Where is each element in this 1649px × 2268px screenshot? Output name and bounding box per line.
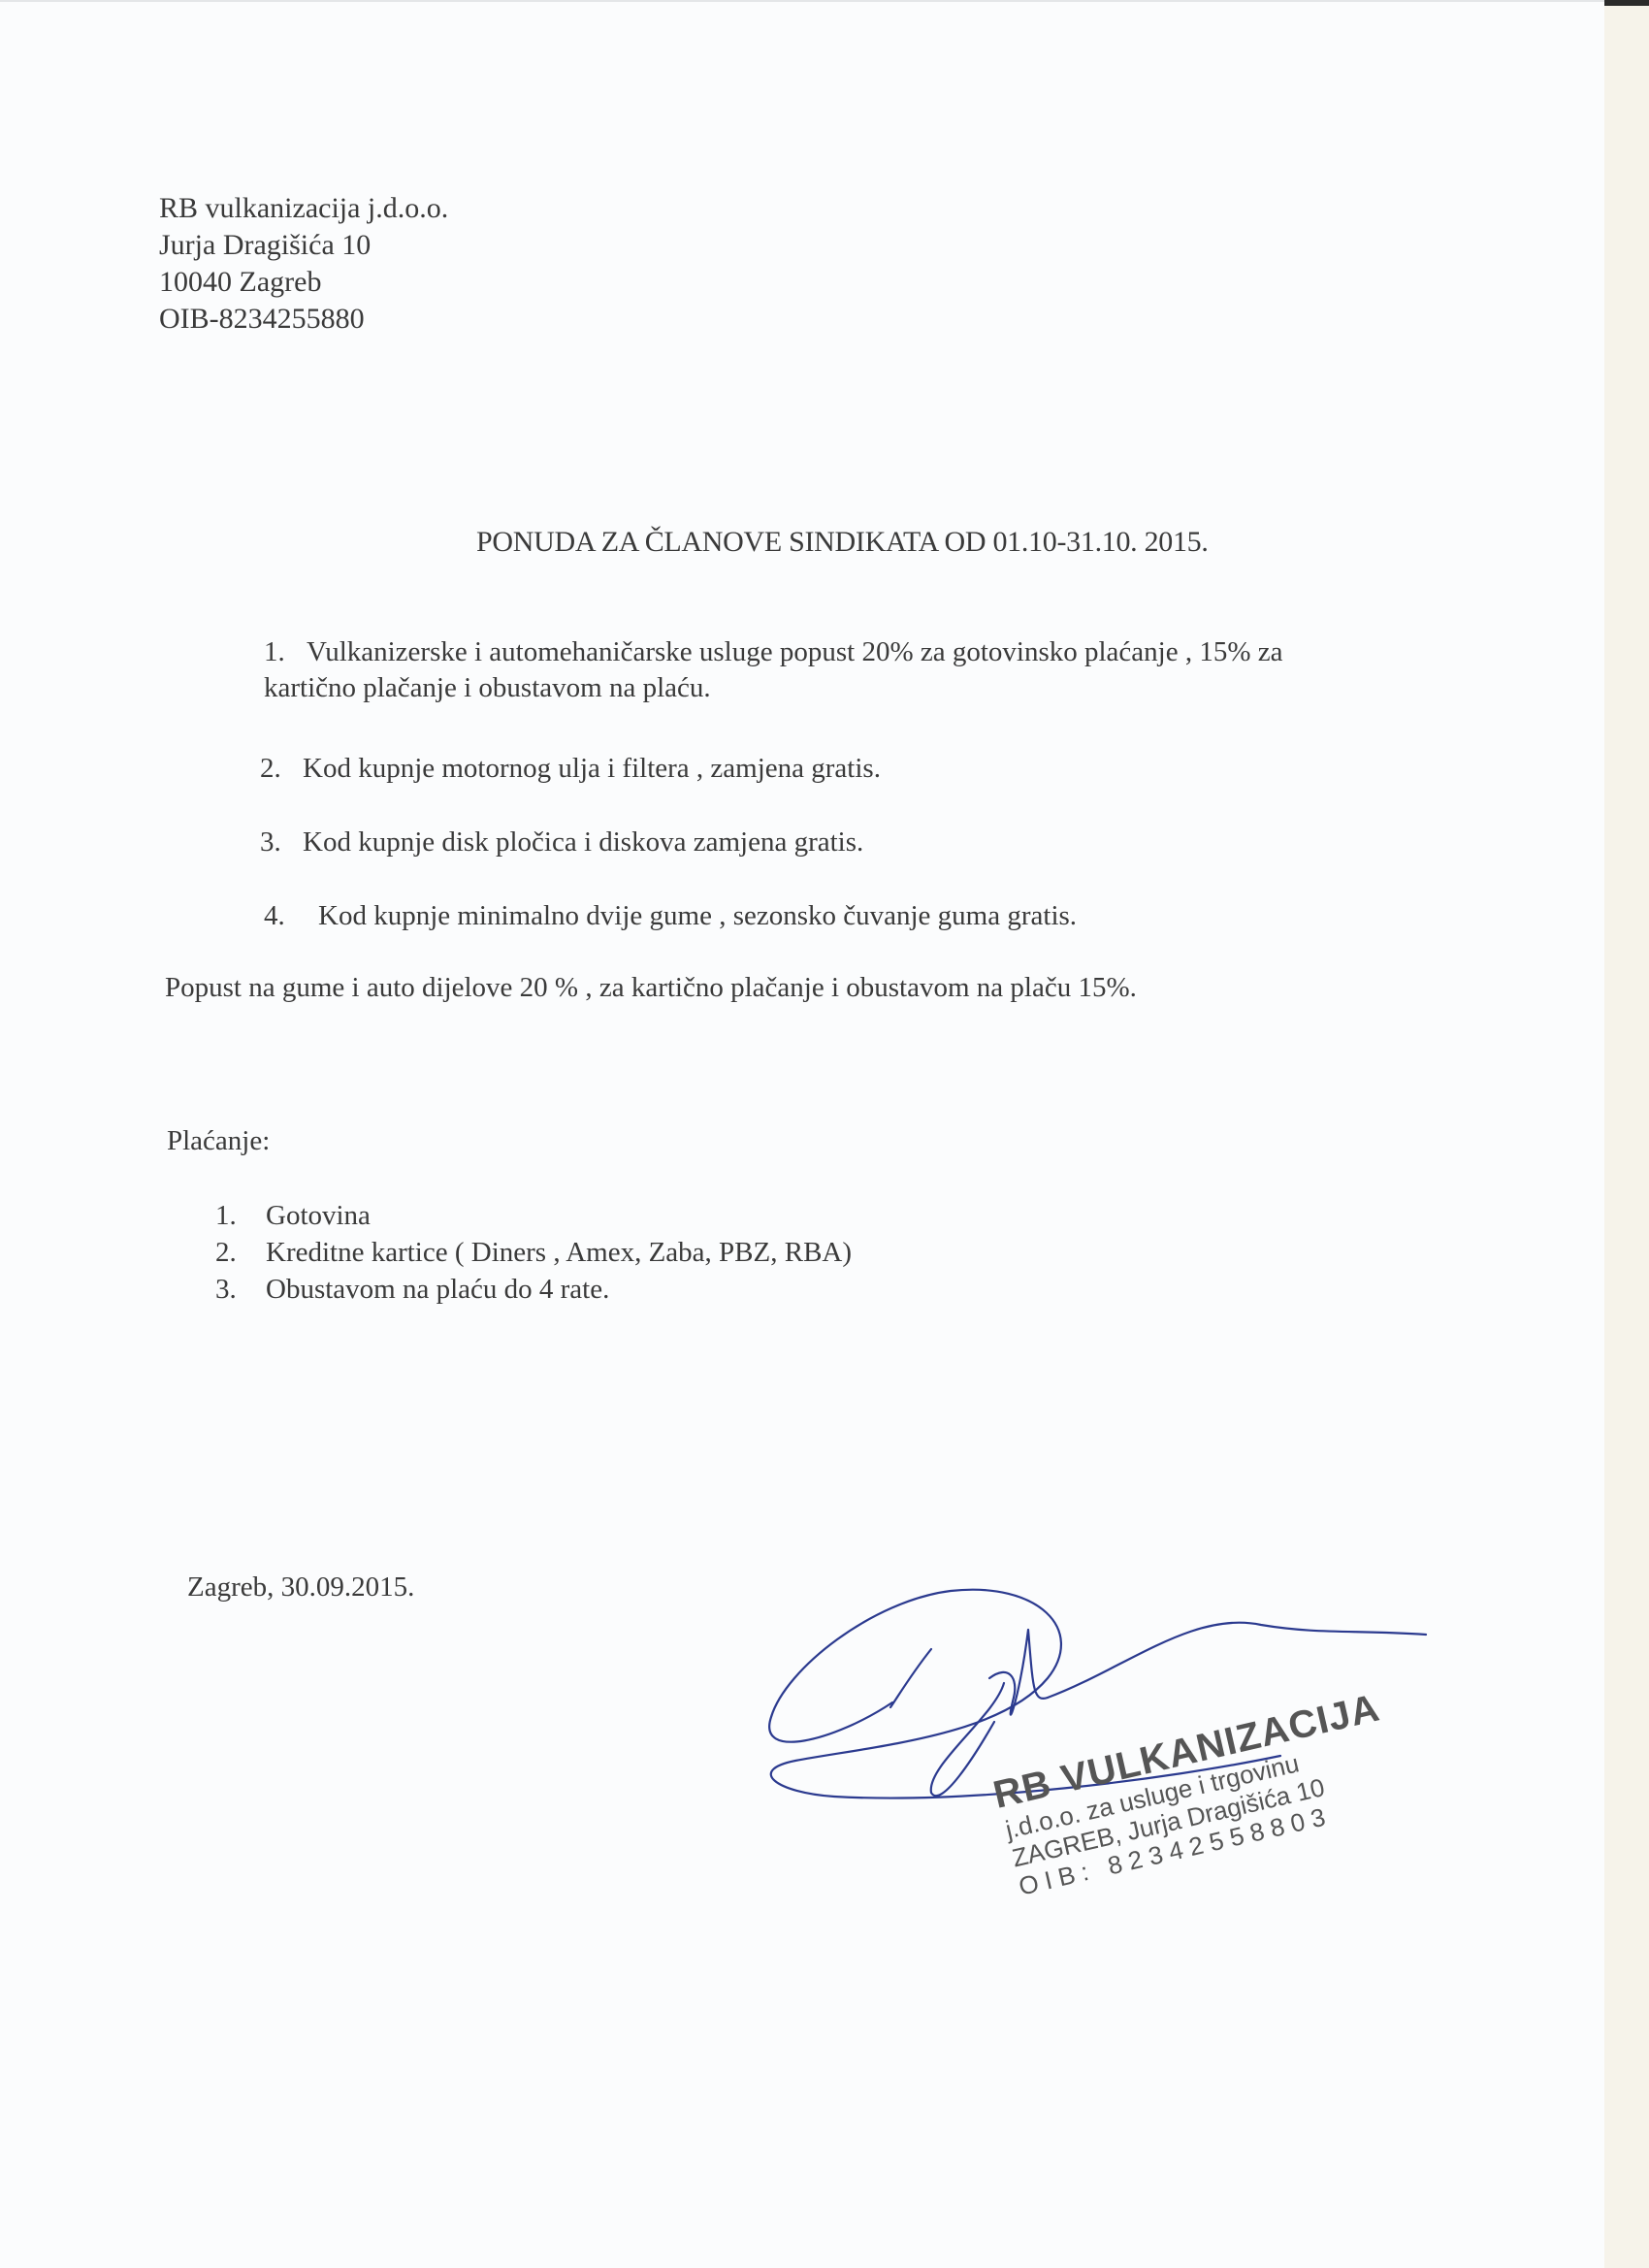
scan-edge-strip [1604, 0, 1649, 2268]
payment-item: 3.Obustavom na plaću do 4 rate. [215, 1271, 852, 1308]
payment-number: 3. [215, 1271, 266, 1308]
payment-item: 2.Kreditne kartice ( Diners , Amex, Zaba… [215, 1234, 852, 1271]
offer-text: Kod kupnje disk pločica i diskova zamjen… [303, 826, 863, 858]
offer-number: 1. [264, 634, 307, 670]
offer-text: Kod kupnje minimalno dvije gume , sezons… [318, 900, 1077, 931]
payment-text: Obustavom na plaću do 4 rate. [266, 1274, 609, 1305]
payment-item: 1.Gotovina [215, 1197, 852, 1234]
offer-text-continued: kartično plačanje i obustavom na plaću. [264, 672, 711, 703]
offer-number: 3. [260, 825, 303, 860]
offer-item: 2.Kod kupnje motornog ulja i filtera , z… [260, 751, 881, 787]
payment-text: Kreditne kartice ( Diners , Amex, Zaba, … [266, 1237, 852, 1268]
discount-note: Popust na gume i auto dijelove 20 % , za… [165, 972, 1137, 1004]
sender-company: RB vulkanizacija j.d.o.o. [159, 190, 448, 227]
payment-text: Gotovina [266, 1200, 371, 1231]
sender-city: 10040 Zagreb [159, 264, 448, 301]
offer-item: 4.Kod kupnje minimalno dvije gume , sezo… [264, 898, 1077, 934]
sender-oib: OIB-8234255880 [159, 301, 448, 338]
scan-top-border [0, 0, 1604, 2]
payment-list: 1.Gotovina 2.Kreditne kartice ( Diners ,… [215, 1197, 852, 1308]
offer-item: 3.Kod kupnje disk pločica i diskova zamj… [260, 825, 863, 860]
payment-number: 2. [215, 1234, 266, 1271]
offer-item: 1.Vulkanizerske i automehaničarske uslug… [264, 634, 1283, 706]
payment-number: 1. [215, 1197, 266, 1234]
offer-text: Vulkanizerske i automehaničarske usluge … [307, 636, 1283, 667]
sender-street: Jurja Dragišića 10 [159, 227, 448, 264]
sender-address: RB vulkanizacija j.d.o.o. Jurja Dragišić… [159, 190, 448, 338]
offer-number: 2. [260, 751, 303, 787]
place-and-date: Zagreb, 30.09.2015. [187, 1571, 414, 1604]
offer-number: 4. [264, 898, 318, 934]
scan-edge-dark [1604, 0, 1649, 6]
document-title: PONUDA ZA ČLANOVE SINDIKATA OD 01.10-31.… [476, 526, 1209, 559]
offer-text: Kod kupnje motornog ulja i filtera , zam… [303, 753, 881, 784]
payment-title: Plaćanje: [167, 1125, 270, 1157]
